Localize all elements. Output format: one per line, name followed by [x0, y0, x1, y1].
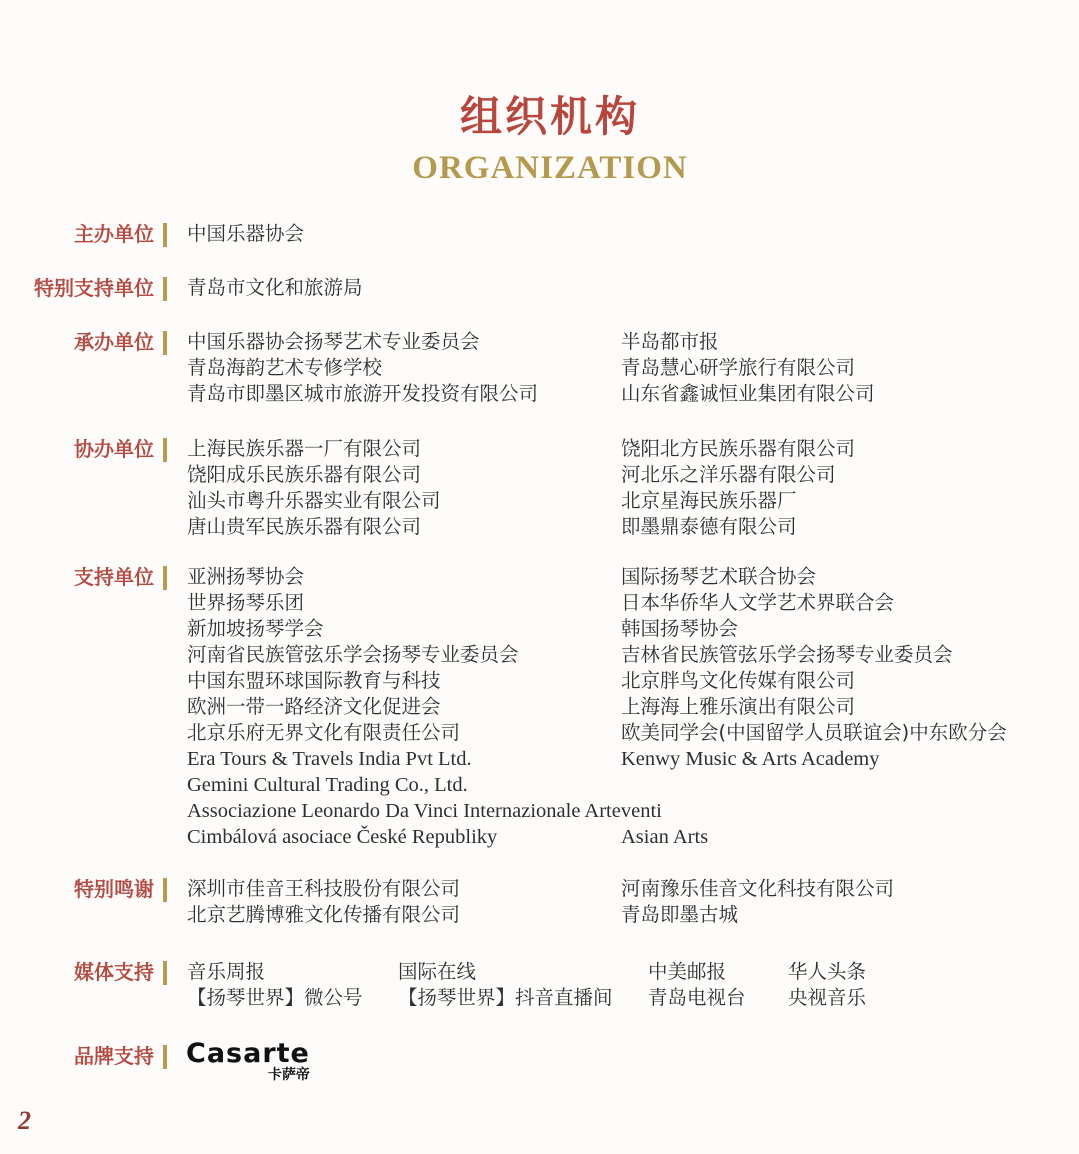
org-item: 青岛市即墨区城市旅游开发投资有限公司: [187, 381, 538, 407]
casarte-logo: Casarte 卡萨帝: [186, 1039, 310, 1083]
divider-bar: [163, 277, 167, 301]
org-list-right: 国际扬琴艺术联合协会 日本华侨华人文学艺术界联合会 韩国扬琴协会 吉林省民族管弦…: [621, 564, 1007, 850]
section-label: 主办单位: [74, 221, 154, 247]
org-item: 即墨鼎泰德有限公司: [621, 514, 855, 540]
divider-bar: [163, 331, 167, 355]
section-label: 品牌支持: [74, 1043, 154, 1069]
org-item: Asian Arts: [621, 824, 1007, 850]
org-list-left: 中国乐器协会扬琴艺术专业委员会 青岛海韵艺术专修学校 青岛市即墨区城市旅游开发投…: [187, 329, 538, 407]
org-item: 吉林省民族管弦乐学会扬琴专业委员会: [621, 642, 1007, 668]
divider-bar: [163, 566, 167, 590]
org-item: 汕头市粤升乐器实业有限公司: [187, 488, 441, 514]
org-item: Era Tours & Travels India Pvt Ltd.: [187, 746, 662, 772]
org-item: 河南省民族管弦乐学会扬琴专业委员会: [187, 642, 662, 668]
org-list-right: 饶阳北方民族乐器有限公司 河北乐之洋乐器有限公司 北京星海民族乐器厂 即墨鼎泰德…: [621, 436, 855, 540]
org-item: 青岛即墨古城: [621, 902, 894, 928]
divider-bar: [163, 223, 167, 247]
media-item: 【扬琴世界】微公号: [187, 985, 363, 1011]
org-item: 饶阳北方民族乐器有限公司: [621, 436, 855, 462]
org-item: 半岛都市报: [621, 329, 875, 355]
org-item: 唐山贵军民族乐器有限公司: [187, 514, 441, 540]
org-item: 新加坡扬琴学会: [187, 616, 662, 642]
org-item: 北京胖鸟文化传媒有限公司: [621, 668, 1007, 694]
media-item: 音乐周报: [187, 959, 363, 985]
media-list-4: 华人头条 央视音乐: [788, 959, 866, 1011]
logo-text-en: Casarte: [186, 1039, 310, 1069]
logo-text-cn: 卡萨帝: [186, 1067, 310, 1083]
page-number: 2: [18, 1106, 31, 1136]
media-item: 国际在线: [398, 959, 613, 985]
section-label: 特别支持单位: [34, 275, 154, 301]
org-item: 上海海上雅乐演出有限公司: [621, 694, 1007, 720]
org-item: 青岛海韵艺术专修学校: [187, 355, 538, 381]
divider-bar: [163, 878, 167, 902]
org-list-right: 半岛都市报 青岛慧心研学旅行有限公司 山东省鑫诚恒业集团有限公司: [621, 329, 875, 407]
org-item: 欧美同学会(中国留学人员联谊会)中东欧分会: [621, 720, 1007, 746]
page-title-en: ORGANIZATION: [0, 150, 1079, 187]
org-item: 北京艺腾博雅文化传播有限公司: [187, 902, 460, 928]
org-list: 青岛市文化和旅游局: [187, 275, 363, 301]
org-item: 国际扬琴艺术联合协会: [621, 564, 1007, 590]
org-item: 中国乐器协会: [187, 221, 304, 247]
org-item: 北京乐府无界文化有限责任公司: [187, 720, 662, 746]
org-item: 中国东盟环球国际教育与科技: [187, 668, 662, 694]
org-list-left: 上海民族乐器一厂有限公司 饶阳成乐民族乐器有限公司 汕头市粤升乐器实业有限公司 …: [187, 436, 441, 540]
org-item: [621, 772, 1007, 798]
page-title-cn: 组织机构: [0, 84, 1079, 144]
media-item: 中美邮报: [648, 959, 746, 985]
media-item: 央视音乐: [788, 985, 866, 1011]
org-item: 山东省鑫诚恒业集团有限公司: [621, 381, 875, 407]
org-item: Gemini Cultural Trading Co., Ltd.: [187, 772, 662, 798]
org-item: 河南豫乐佳音文化科技有限公司: [621, 876, 894, 902]
org-item: 中国乐器协会扬琴艺术专业委员会: [187, 329, 538, 355]
org-item: Kenwy Music & Arts Academy: [621, 746, 1007, 772]
section-label: 承办单位: [74, 329, 154, 355]
org-item: Associazione Leonardo Da Vinci Internazi…: [187, 798, 662, 824]
media-list-3: 中美邮报 青岛电视台: [648, 959, 746, 1011]
section-label: 支持单位: [74, 564, 154, 590]
org-item: 深圳市佳音王科技股份有限公司: [187, 876, 460, 902]
org-item: 青岛市文化和旅游局: [187, 275, 363, 301]
org-item: 河北乐之洋乐器有限公司: [621, 462, 855, 488]
org-item: 韩国扬琴协会: [621, 616, 1007, 642]
org-item: 青岛慧心研学旅行有限公司: [621, 355, 875, 381]
org-item: 世界扬琴乐团: [187, 590, 662, 616]
section-label: 特别鸣谢: [74, 876, 154, 902]
section-label: 协办单位: [74, 436, 154, 462]
media-item: 青岛电视台: [648, 985, 746, 1011]
org-item: 北京星海民族乐器厂: [621, 488, 855, 514]
org-item: 上海民族乐器一厂有限公司: [187, 436, 441, 462]
media-list-1: 音乐周报 【扬琴世界】微公号: [187, 959, 363, 1011]
org-item: 亚洲扬琴协会: [187, 564, 662, 590]
org-item: Cimbálová asociace České Republiky: [187, 824, 662, 850]
media-list-2: 国际在线 【扬琴世界】抖音直播间: [398, 959, 613, 1011]
media-item: 华人头条: [788, 959, 866, 985]
org-item: [621, 798, 1007, 824]
media-item: 【扬琴世界】抖音直播间: [398, 985, 613, 1011]
org-list: 中国乐器协会: [187, 221, 304, 247]
org-list-left: 亚洲扬琴协会 世界扬琴乐团 新加坡扬琴学会 河南省民族管弦乐学会扬琴专业委员会 …: [187, 564, 662, 850]
divider-bar: [163, 438, 167, 462]
org-item: 饶阳成乐民族乐器有限公司: [187, 462, 441, 488]
section-label: 媒体支持: [74, 959, 154, 985]
org-list-left: 深圳市佳音王科技股份有限公司 北京艺腾博雅文化传播有限公司: [187, 876, 460, 928]
divider-bar: [163, 1045, 167, 1069]
divider-bar: [163, 961, 167, 985]
org-item: 欧洲一带一路经济文化促进会: [187, 694, 662, 720]
org-item: 日本华侨华人文学艺术界联合会: [621, 590, 1007, 616]
org-list-right: 河南豫乐佳音文化科技有限公司 青岛即墨古城: [621, 876, 894, 928]
